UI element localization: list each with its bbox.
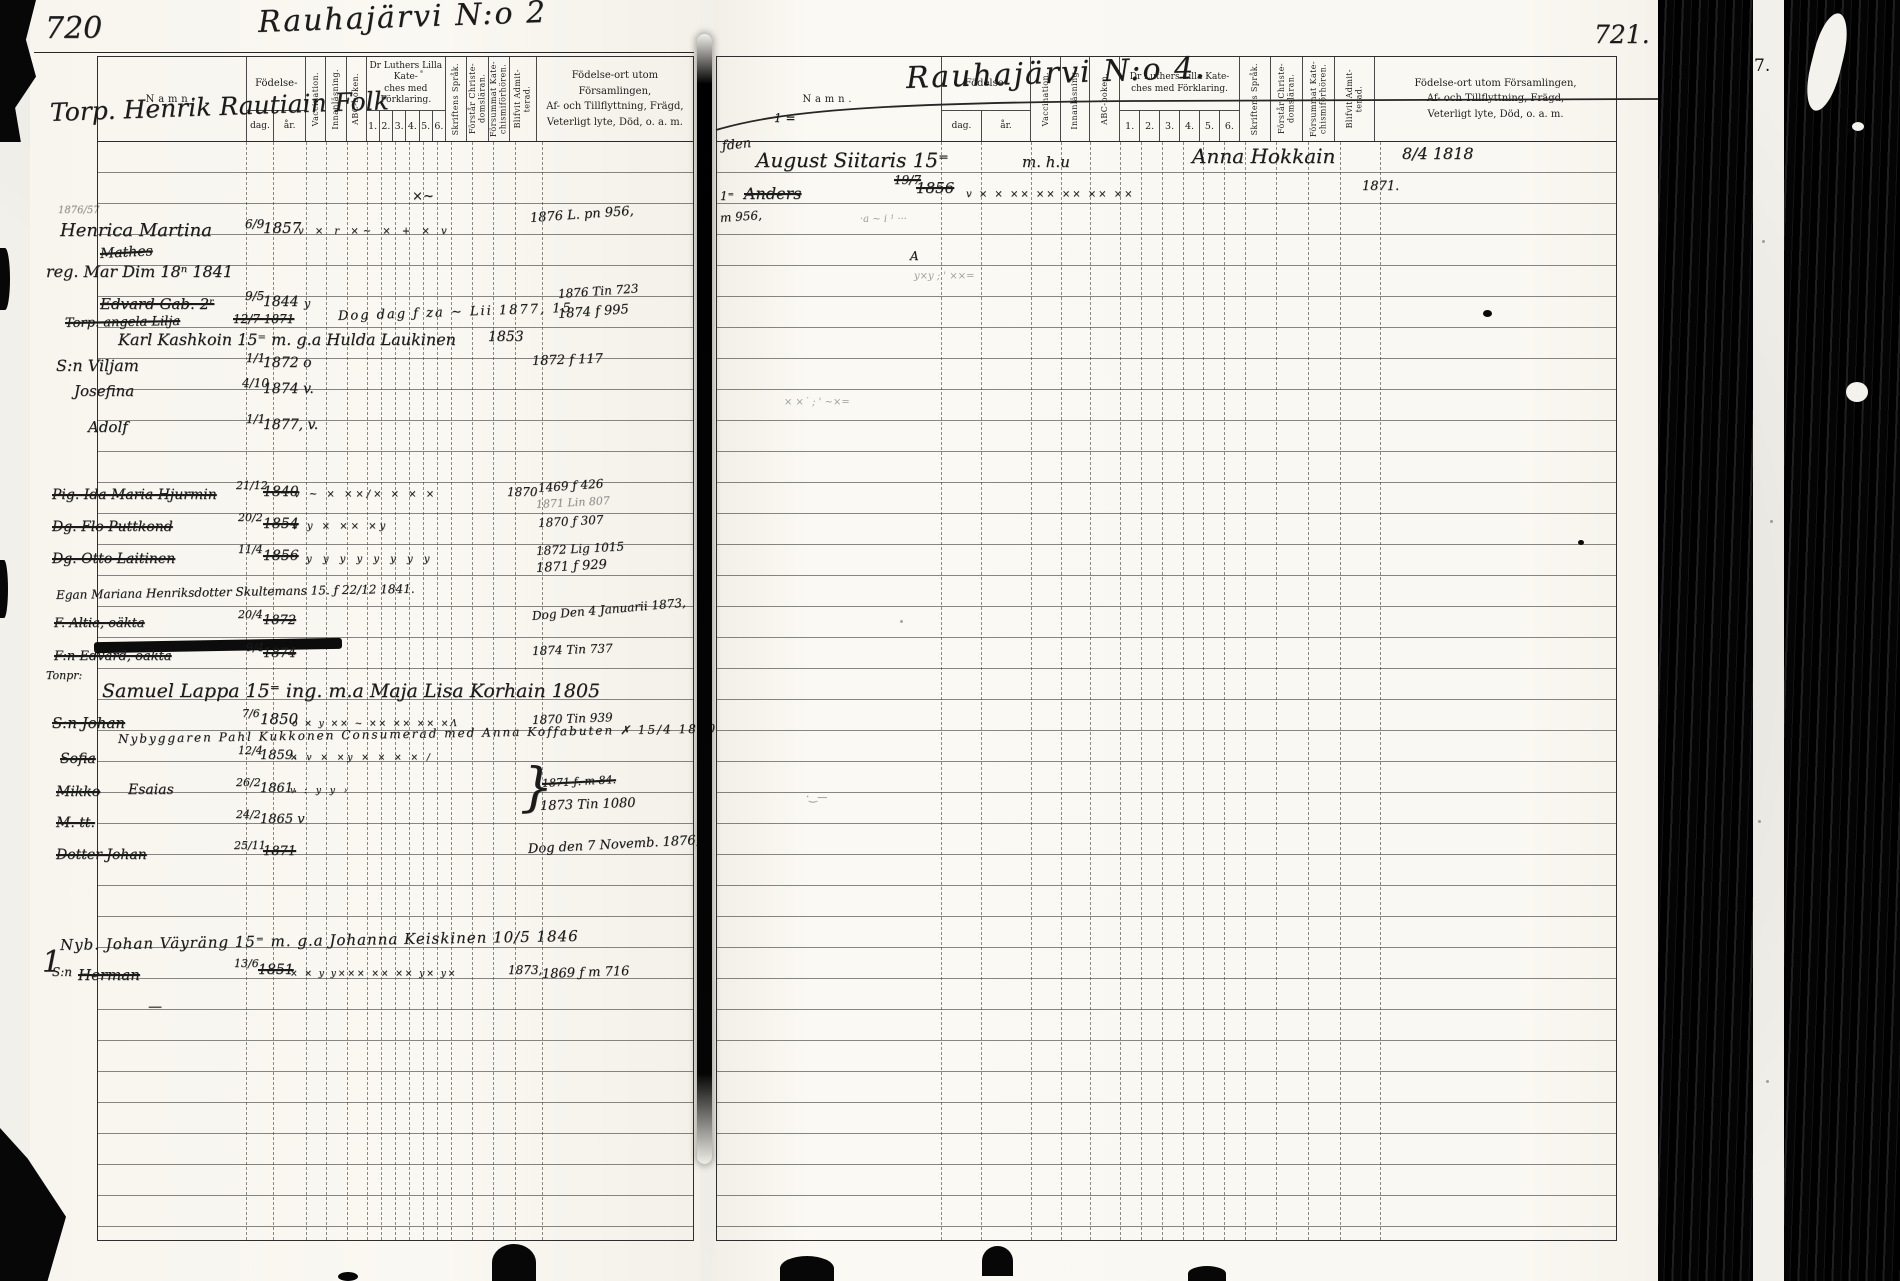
book-fold-shadow — [697, 34, 712, 1164]
page-edge-tab: 7. — [1754, 56, 1770, 76]
katekes-grade-column-header: 4. — [406, 111, 419, 141]
column-header-skriftens-sprak: Skriftens Språk. — [446, 57, 467, 141]
katekes-grade-column-header: 1. — [367, 111, 380, 141]
scanned-book-spread: 720 Rauhajärvi N:o 2 Namn. Födelse- dag.… — [0, 0, 1900, 1281]
edge-highlight — [1852, 122, 1864, 131]
ink-smudge — [982, 1246, 1013, 1276]
record-table: Namn. Födelse- dag. år. Vaccination. Inn… — [716, 56, 1617, 1241]
column-header-fodelseort: Födelse-ort utom Församlingen, Af- och T… — [537, 57, 693, 141]
ink-smudge — [0, 248, 10, 310]
ink-dot — [1483, 310, 1492, 317]
ink-smudge — [0, 560, 8, 618]
ink-smudge — [492, 1244, 536, 1281]
katekes-grade-column-header: 3. — [393, 111, 406, 141]
handwritten-entry: M. tt. — [56, 816, 95, 830]
column-header-namn: Namn. — [98, 57, 247, 141]
page-number: 721. — [1594, 22, 1650, 47]
handwritten-entry: S:n — [52, 966, 72, 978]
record-table: Namn. Födelse- dag. år. Vaccination. Inn… — [97, 56, 694, 1241]
column-header-dag: dag. — [247, 111, 274, 141]
column-header-ar: år. — [274, 111, 306, 141]
handwritten-entry: Sofia — [60, 752, 96, 766]
title-rule — [714, 96, 1660, 132]
table-body-grid — [717, 142, 1616, 1240]
ink-smudge — [338, 1272, 358, 1281]
title-rule — [34, 52, 694, 53]
ink-dot — [1578, 540, 1584, 545]
table-header: Namn. Födelse- dag. år. Vaccination. Inn… — [98, 57, 693, 142]
table-body-grid — [98, 142, 693, 1240]
column-header-innanlasning: Innanläsning. — [326, 57, 346, 141]
column-header-blifvit-admitterad: Blifvit Admit- terad. — [510, 57, 537, 141]
katekes-grade-column-header: 6. — [433, 111, 445, 141]
handwritten-entry: Mikko — [56, 785, 100, 799]
handwritten-entry: 1876/57 — [58, 206, 100, 216]
book-edge-band — [1658, 0, 1753, 1281]
ink-smudge — [780, 1256, 834, 1281]
page-number: 720 — [45, 14, 102, 44]
ink-smudge — [1188, 1266, 1226, 1281]
column-header-vaccination: Vaccination. — [306, 57, 326, 141]
column-header-forsummat: Försummat Kate- chismiförhören. — [489, 57, 510, 141]
handwritten-entry: Tonpr: — [46, 670, 82, 681]
page-title: Rauhajärvi N:o 2 — [257, 0, 547, 38]
column-header-abc-boken: ABC-boken. — [347, 57, 367, 141]
book-edge-band — [1784, 0, 1900, 1281]
edge-highlight — [1846, 382, 1868, 402]
left-page: 720 Rauhajärvi N:o 2 Namn. Födelse- dag.… — [30, 0, 700, 1281]
column-header-fodelse: Födelse- dag. år. — [247, 57, 306, 141]
column-header-katekes: Dr Luthers Lilla Kate- ches med Förklari… — [367, 57, 447, 141]
column-header-forstar: Förstår Christe- domsläran. — [467, 57, 488, 141]
katekes-grade-column-header: 5. — [420, 111, 433, 141]
handwritten-entry: 1 — [42, 948, 61, 978]
right-page: 721. Rauhajärvi N:o 4. Namn. Födelse- da… — [714, 0, 1660, 1281]
katekes-grade-column-header: 2. — [380, 111, 393, 141]
